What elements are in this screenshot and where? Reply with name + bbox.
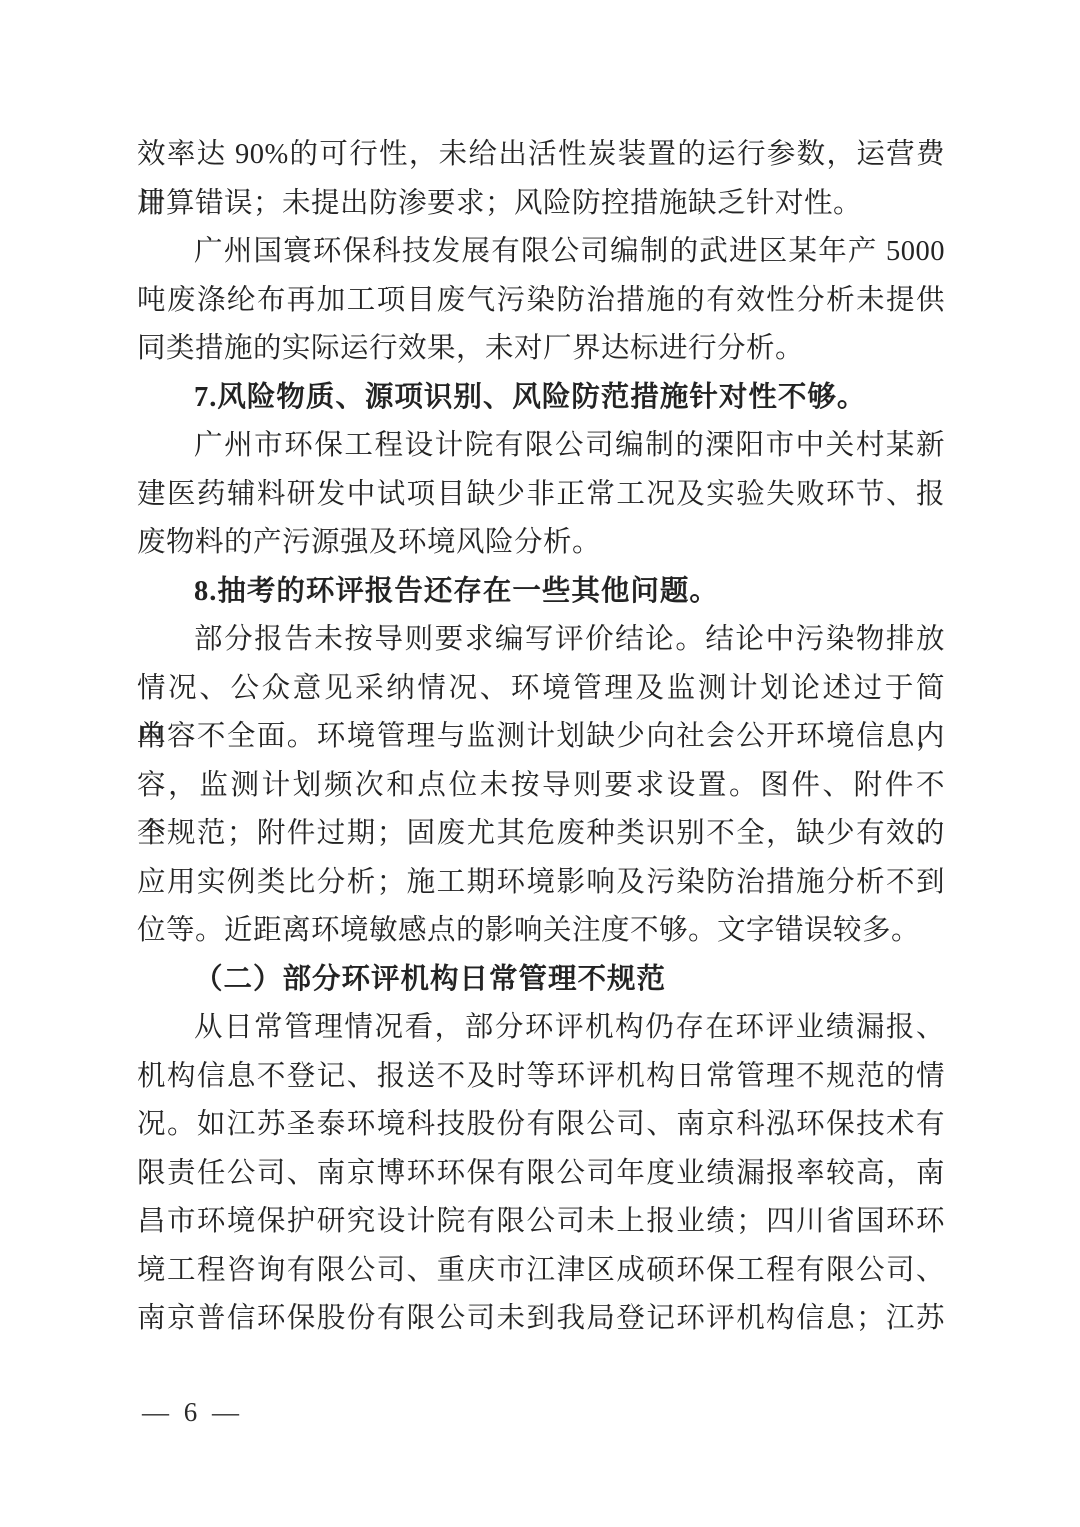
text-line: 限责任公司、南京博环环保有限公司年度业绩漏报率较高，南	[137, 1150, 945, 1199]
text-line: 同类措施的实际运行效果，未对厂界达标进行分析。	[137, 325, 945, 374]
text-line: 广州国寰环保科技发展有限公司编制的武进区某年产 5000	[137, 228, 945, 277]
text-line: 效率达 90%的可行性，未给出活性炭装置的运行参数，运营费用	[137, 131, 945, 180]
text-line: 广州市环保工程设计院有限公司编制的溧阳市中关村某新	[137, 422, 945, 471]
text-line: 从日常管理情况看，部分环评机构仍存在环评业绩漏报、	[137, 1004, 945, 1053]
heading-item-8: 8.抽考的环评报告还存在一些其他问题。	[137, 568, 945, 617]
text-line: 建医药辅料研发中试项目缺少非正常工况及实验失败环节、报	[137, 471, 945, 520]
text-line: 位等。近距离环境敏感点的影响关注度不够。文字错误较多。	[137, 907, 945, 956]
text-line: 昌市环境保护研究设计院有限公司未上报业绩；四川省国环环	[137, 1198, 945, 1247]
text-block: 效率达 90%的可行性，未给出活性炭装置的运行参数，运营费用 计算错误；未提出防…	[137, 131, 945, 1344]
text-line: 废物料的产污源强及环境风险分析。	[137, 519, 945, 568]
text-line: 应用实例类比分析；施工期环境影响及污染防治措施分析不到	[137, 859, 945, 908]
text-line: 容，监测计划频次和点位未按导则要求设置。图件、附件不全、	[137, 762, 945, 811]
text-line: 境工程咨询有限公司、重庆市江津区成硕环保工程有限公司、	[137, 1247, 945, 1296]
heading-item-7: 7.风险物质、源项识别、风险防范措施针对性不够。	[137, 374, 945, 423]
text-line: 不规范；附件过期；固废尤其危废种类识别不全，缺少有效的	[137, 810, 945, 859]
text-line: 吨废涤纶布再加工项目废气污染防治措施的有效性分析未提供	[137, 277, 945, 326]
text-line: 内容不全面。环境管理与监测计划缺少向社会公开环境信息内	[137, 713, 945, 762]
text-line: 况。如江苏圣泰环境科技股份有限公司、南京科泓环保技术有	[137, 1101, 945, 1150]
page-number: — 6 —	[142, 1392, 243, 1432]
document-page: 效率达 90%的可行性，未给出活性炭装置的运行参数，运营费用 计算错误；未提出防…	[0, 0, 1080, 1527]
heading-section-2: （二）部分环评机构日常管理不规范	[137, 956, 945, 1005]
text-line: 情况、公众意见采纳情况、环境管理及监测计划论述过于简单，	[137, 665, 945, 714]
text-line: 部分报告未按导则要求编写评价结论。结论中污染物排放	[137, 616, 945, 665]
text-line: 计算错误；未提出防渗要求；风险防控措施缺乏针对性。	[137, 180, 945, 229]
text-line: 南京普信环保股份有限公司未到我局登记环评机构信息；江苏	[137, 1295, 945, 1344]
text-line: 机构信息不登记、报送不及时等环评机构日常管理不规范的情	[137, 1053, 945, 1102]
